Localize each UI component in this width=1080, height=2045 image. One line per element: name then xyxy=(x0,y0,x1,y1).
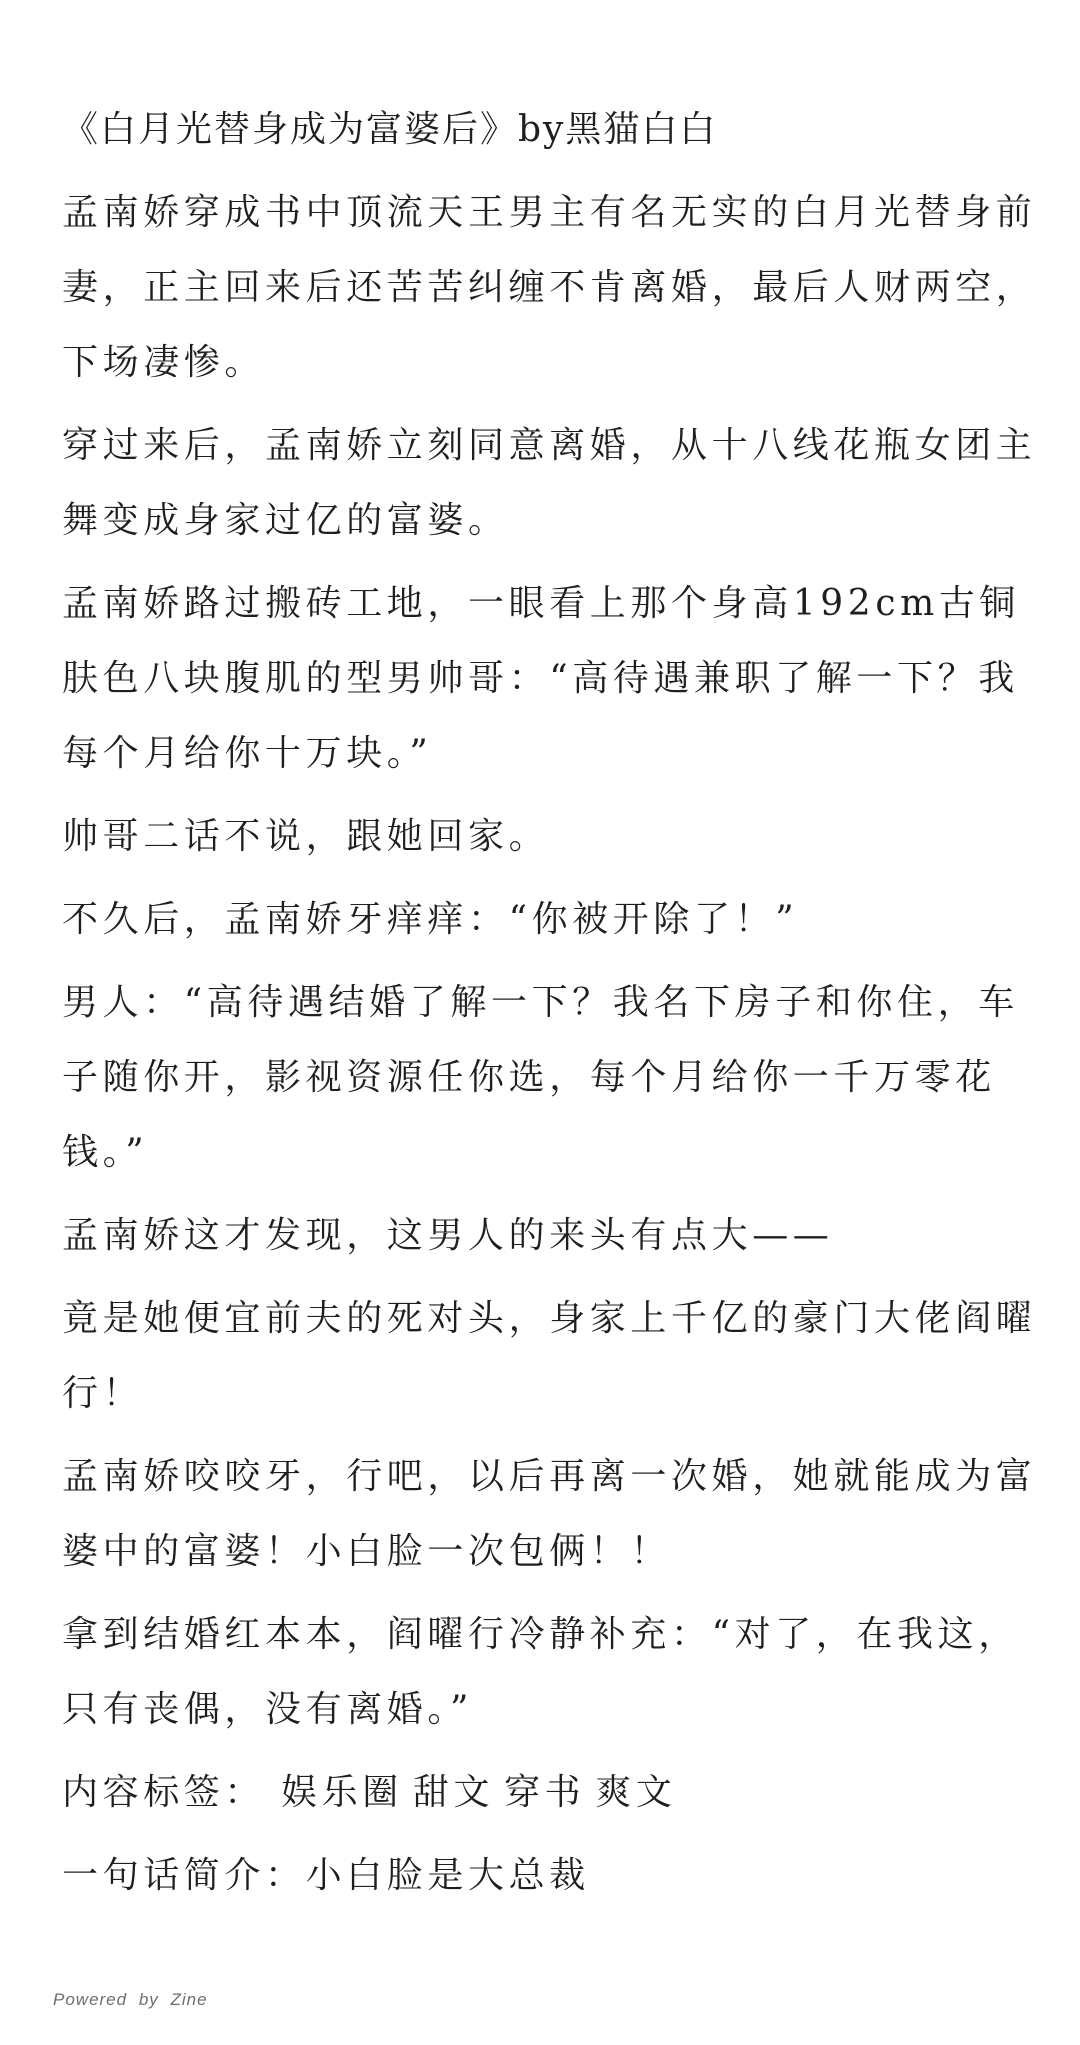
powered-by-footer: Powered by Zine xyxy=(53,1990,208,2010)
summary-label: 一句话简介： xyxy=(62,1855,306,1896)
tag-item: 娱乐圈 xyxy=(281,1772,403,1813)
paragraph-6: 男人：“高待遇结婚了解一下？我名下房子和你住，车子随你开，影视资源任你选，每个月… xyxy=(62,965,1042,1190)
book-title: 《白月光替身成为富婆后》by黑猫白白 xyxy=(62,92,1042,167)
tag-item: 爽文 xyxy=(595,1772,676,1813)
paragraph-2: 穿过来后，孟南娇立刻同意离婚，从十八线花瓶女团主舞变成身家过亿的富婆。 xyxy=(62,408,1042,558)
summary-text: 小白脸是大总裁 xyxy=(306,1855,590,1896)
tag-item: 甜文 xyxy=(413,1772,494,1813)
paragraph-9: 孟南娇咬咬牙，行吧，以后再离一次婚，她就能成为富婆中的富婆！小白脸一次包俩！！ xyxy=(62,1439,1042,1589)
content-tags: 内容标签： 娱乐圈甜文穿书爽文 xyxy=(62,1755,1042,1830)
tag-item: 穿书 xyxy=(504,1772,585,1813)
paragraph-8: 竟是她便宜前夫的死对头，身家上千亿的豪门大佬阎曜行！ xyxy=(62,1281,1042,1431)
paragraph-7: 孟南娇这才发现，这男人的来头有点大—— xyxy=(62,1198,1042,1273)
paragraph-4: 帅哥二话不说，跟她回家。 xyxy=(62,799,1042,874)
one-line-summary: 一句话简介：小白脸是大总裁 xyxy=(62,1838,1042,1913)
paragraph-1: 孟南娇穿成书中顶流天王男主有名无实的白月光替身前妻，正主回来后还苦苦纠缠不肯离婚… xyxy=(62,175,1042,400)
paragraph-3: 孟南娇路过搬砖工地，一眼看上那个身高192cm古铜肤色八块腹肌的型男帅哥：“高待… xyxy=(62,566,1042,791)
paragraph-10: 拿到结婚红本本，阎曜行冷静补充：“对了，在我这，只有丧偶，没有离婚。” xyxy=(62,1597,1042,1747)
book-intro: 《白月光替身成为富婆后》by黑猫白白 孟南娇穿成书中顶流天王男主有名无实的白月光… xyxy=(62,92,1042,1921)
tags-label: 内容标签： xyxy=(62,1772,265,1813)
paragraph-5: 不久后，孟南娇牙痒痒：“你被开除了！” xyxy=(62,882,1042,957)
